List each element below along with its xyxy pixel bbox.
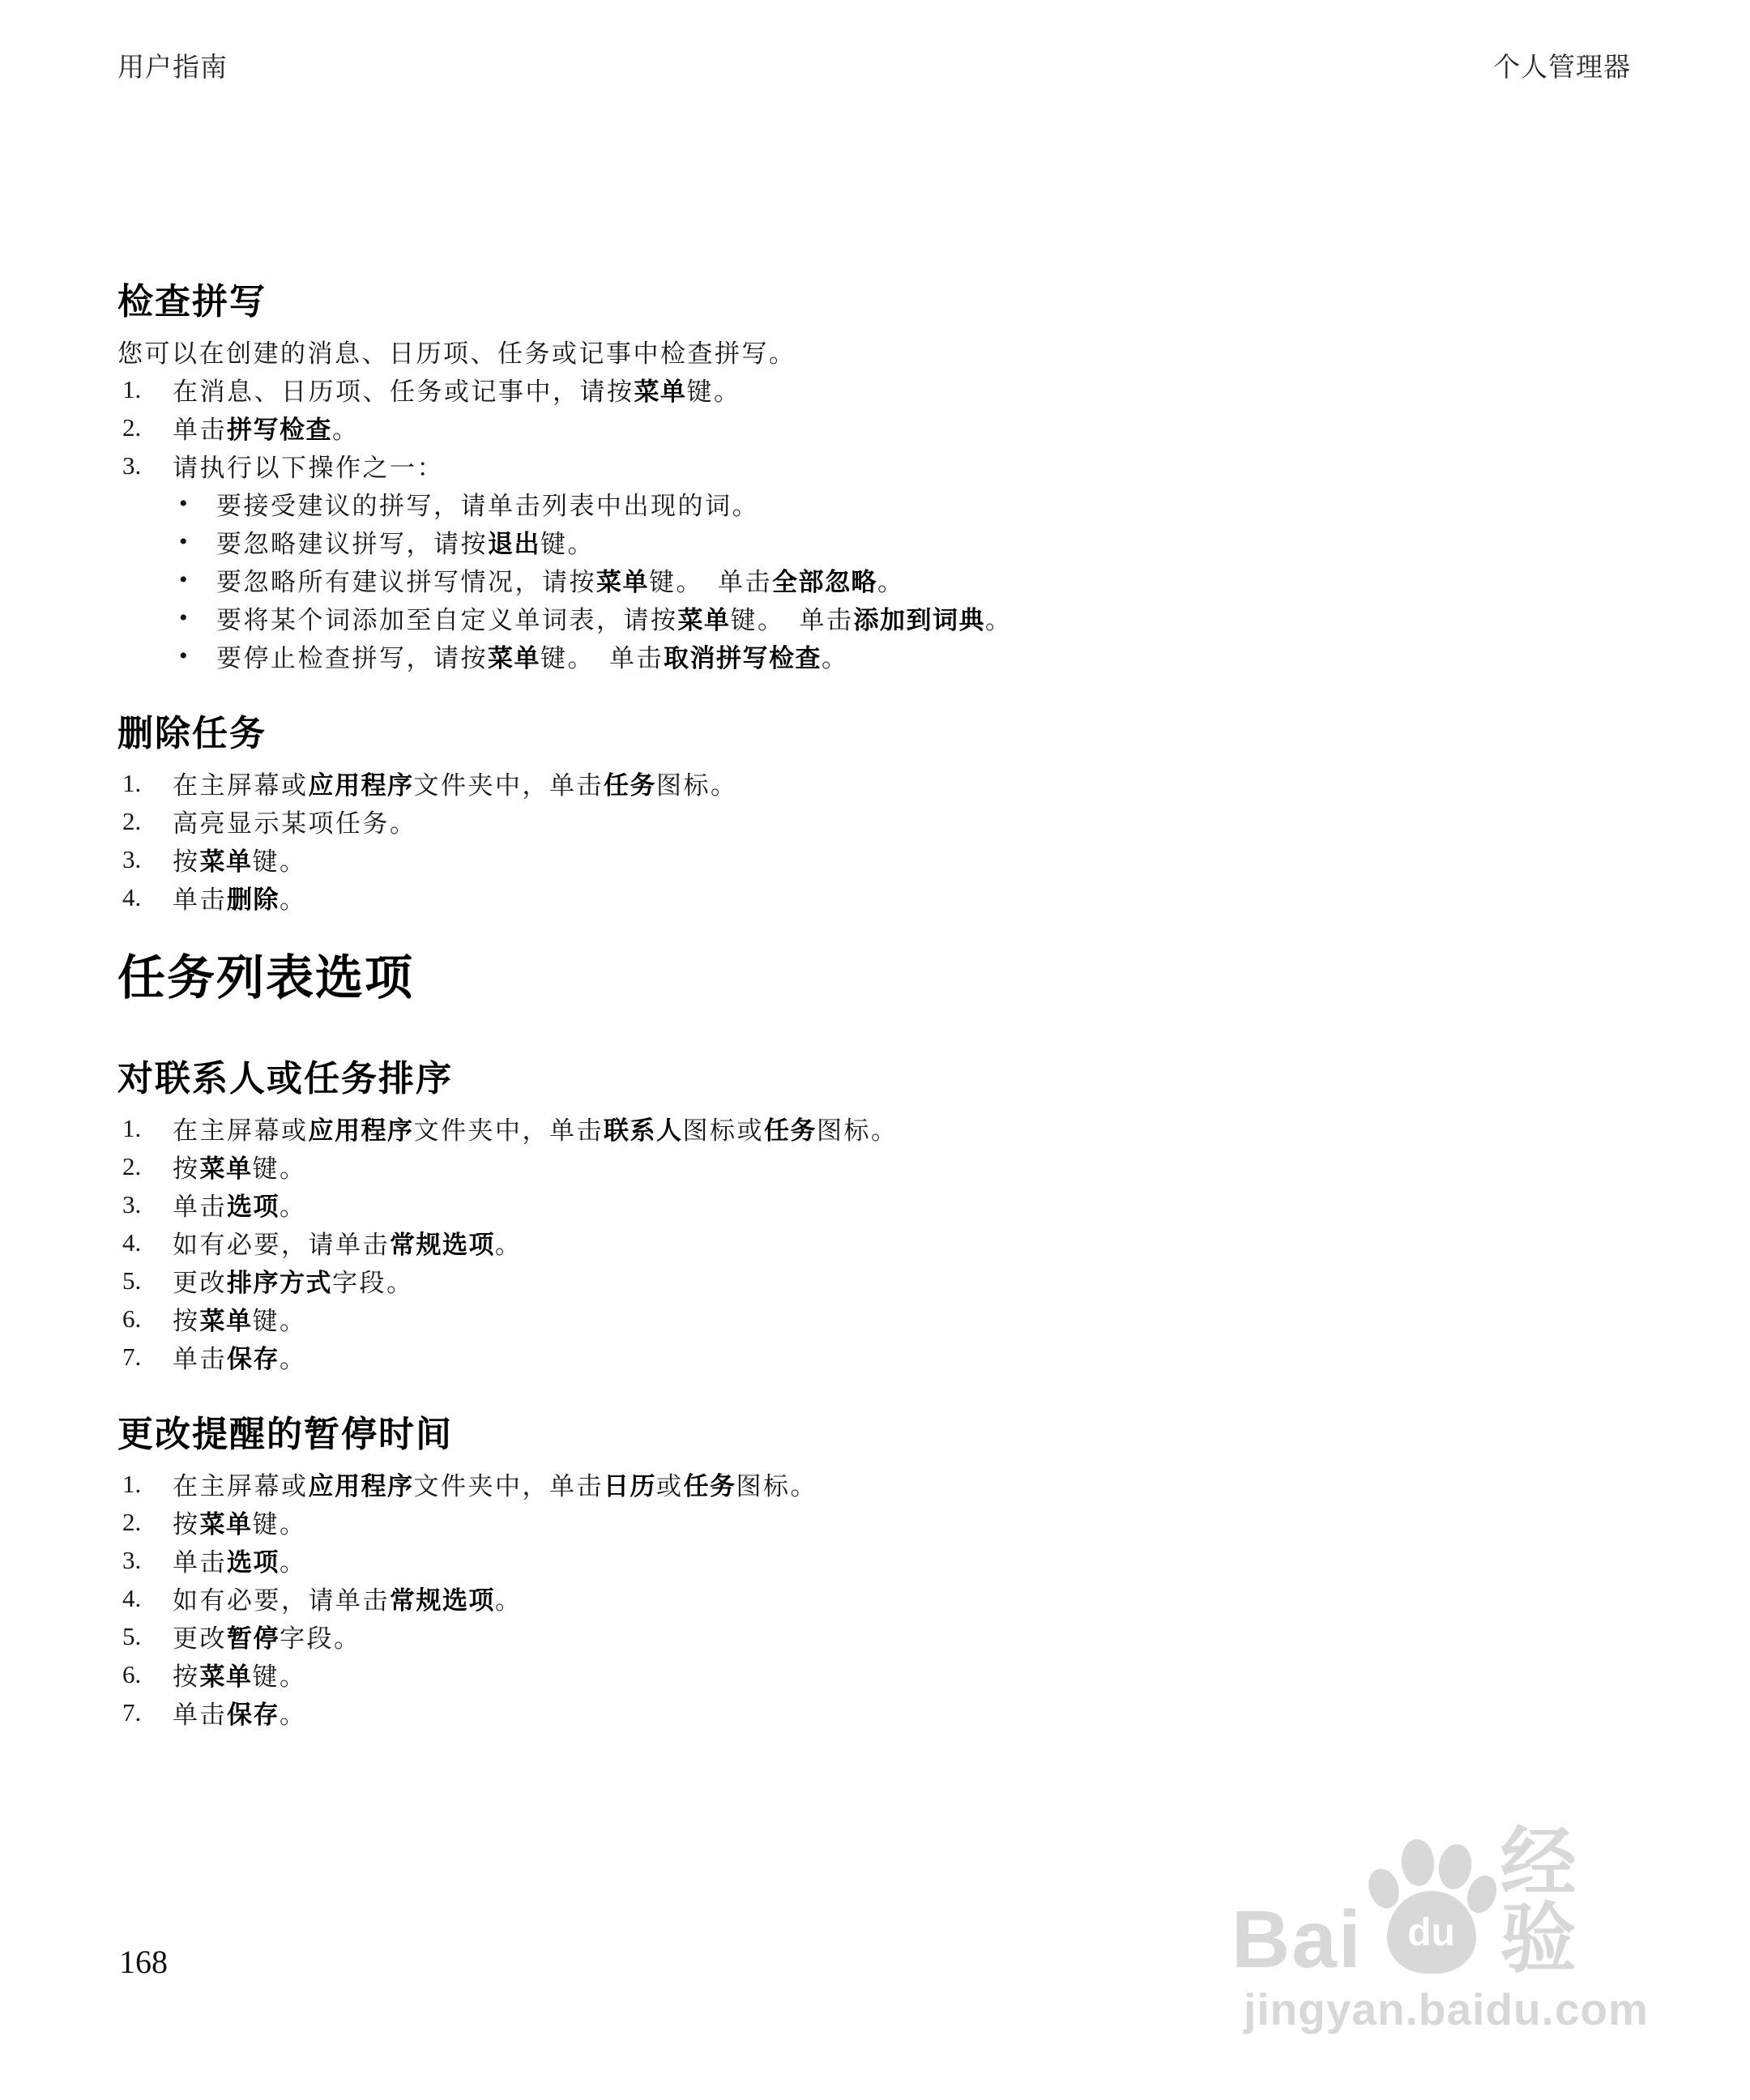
list-item-text: 高亮显示某项任务。: [173, 803, 417, 839]
bold-term: 联系人: [604, 1116, 683, 1145]
list-item-number: 2.: [117, 807, 173, 836]
text-run: 更改: [173, 1269, 227, 1297]
text-run: 键。: [253, 1307, 307, 1335]
list-item: 5.更改排序方式字段。: [117, 1261, 1653, 1300]
list-item: 1.在主屏幕或应用程序文件夹中，单击联系人图标或任务图标。: [117, 1109, 1653, 1147]
bold-term: 菜单: [488, 644, 540, 672]
bold-term: 退出: [488, 530, 540, 558]
bold-term: 常规选项: [390, 1231, 495, 1259]
paw-toe-icon: [1435, 1842, 1474, 1892]
bold-term: 应用程序: [309, 1472, 414, 1500]
list-item-text: 单击选项。: [173, 1186, 307, 1223]
list-item: 6.按菜单键。: [117, 1300, 1653, 1338]
text-run: 单击: [173, 1701, 227, 1729]
text-run: 。: [877, 568, 905, 596]
list-item-number: 5.: [117, 1622, 173, 1651]
text-run: 按: [173, 1307, 200, 1335]
heading-task-list-options: 任务列表选项: [117, 954, 1653, 1002]
bold-term: 菜单: [200, 1662, 253, 1691]
paragraph-text: 您可以在创建的消息、日历项、任务或记事中检查拼写。: [117, 333, 796, 369]
bullet-icon: •: [179, 528, 216, 556]
bullet-icon: •: [179, 566, 216, 594]
list-item-number: 7.: [117, 1342, 173, 1372]
bold-term: 任务: [604, 771, 656, 800]
list-item-text: 在主屏幕或应用程序文件夹中，单击联系人图标或任务图标。: [173, 1110, 898, 1146]
list-item: 1.在消息、日历项、任务或记事中，请按菜单键。: [117, 370, 1653, 408]
list-item-number: 1.: [117, 1470, 173, 1499]
list-item: 7.单击保存。: [117, 1338, 1653, 1376]
text-run: 或: [656, 1472, 684, 1500]
text-run: 文件夹中，单击: [414, 1116, 604, 1145]
bullet-item-text: 要停止检查拼写，请按菜单键。 单击取消拼写检查。: [216, 638, 849, 674]
heading-delete-task: 删除任务: [117, 715, 1653, 753]
bold-term: 菜单: [200, 847, 253, 876]
text-run: 键。 单击: [649, 568, 772, 596]
text-run: 。: [280, 1701, 307, 1729]
list-item: 2.按菜单键。: [117, 1503, 1653, 1541]
text-run: 在主屏幕或: [173, 1472, 309, 1500]
text-run: 单击: [173, 416, 227, 444]
text-run: 如有必要，请单击: [173, 1231, 390, 1259]
bold-term: 暂停: [227, 1624, 280, 1653]
list-item: 4.单击删除。: [117, 878, 1653, 916]
text-run: 字段。: [280, 1624, 361, 1653]
text-run: 。: [280, 1548, 307, 1577]
bullet-item-text: 要接受建议的拼写，请单击列表中出现的词。: [216, 485, 759, 522]
list-item: 1.在主屏幕或应用程序文件夹中，单击日历或任务图标。: [117, 1465, 1653, 1503]
list-item-number: 4.: [117, 883, 173, 912]
text-run: 键。: [253, 1155, 307, 1183]
paw-toe-icon: [1364, 1865, 1404, 1913]
list-item-text: 按菜单键。: [173, 1504, 307, 1540]
bold-term: 应用程序: [309, 1116, 414, 1145]
bold-term: 常规选项: [390, 1586, 495, 1615]
text-run: 按: [173, 1510, 200, 1539]
list-item-text: 单击拼写检查。: [173, 409, 360, 446]
bullet-item: •要将某个词添加至自定义单词表，请按菜单键。 单击添加到词典。: [117, 599, 1653, 637]
list-item-number: 3.: [117, 451, 173, 480]
list-item-number: 6.: [117, 1660, 173, 1689]
text-run: 图标。: [817, 1116, 898, 1145]
list-item-number: 3.: [117, 1546, 173, 1575]
list-item-text: 如有必要，请单击常规选项。: [173, 1580, 523, 1616]
list-item-text: 单击保存。: [173, 1338, 307, 1375]
bold-term: 选项: [227, 1548, 280, 1577]
list-item-text: 单击删除。: [173, 879, 307, 916]
text-run: 更改: [173, 1624, 227, 1653]
bold-term: 任务: [684, 1472, 736, 1500]
watermark-bai-text: Bai: [1231, 1902, 1363, 1977]
text-run: 键。: [687, 378, 741, 406]
list-item-number: 3.: [117, 1190, 173, 1219]
list-item: 3.单击选项。: [117, 1541, 1653, 1579]
list-item-text: 按菜单键。: [173, 1300, 307, 1337]
bullet-icon: •: [179, 490, 216, 518]
bullet-item: •要忽略所有建议拼写情况，请按菜单键。 单击全部忽略。: [117, 561, 1653, 599]
text-run: 。: [495, 1586, 523, 1615]
text-run: 键。: [253, 1510, 307, 1539]
document-page: 用户指南 个人管理器 检查拼写您可以在创建的消息、日历项、任务或记事中检查拼写。…: [0, 0, 1750, 2100]
watermark-logo-row: Bai du 经验: [1231, 1825, 1661, 1977]
text-run: 文件夹中，单击: [414, 771, 604, 800]
page-header: 用户指南 个人管理器: [117, 52, 1631, 84]
text-run: 。: [280, 1345, 307, 1373]
text-run: 键。: [253, 847, 307, 876]
text-run: 要停止检查拼写，请按: [216, 644, 488, 672]
bullet-item: •要停止检查拼写，请按菜单键。 单击取消拼写检查。: [117, 637, 1653, 675]
list-item-text: 请执行以下操作之一：: [173, 447, 444, 484]
bullet-icon: •: [179, 642, 216, 670]
text-run: 如有必要，请单击: [173, 1586, 390, 1615]
text-run: 键。 单击: [540, 644, 664, 672]
text-run: 高亮显示某项任务。: [173, 809, 417, 838]
bold-term: 取消拼写检查: [664, 644, 822, 672]
text-run: 。: [495, 1231, 523, 1259]
list-item: 7.单击保存。: [117, 1693, 1653, 1731]
text-run: 在主屏幕或: [173, 1116, 309, 1145]
header-right-title: 个人管理器: [1493, 52, 1631, 84]
list-item-text: 按菜单键。: [173, 1656, 307, 1692]
text-run: 按: [173, 1155, 200, 1183]
list-item-number: 7.: [117, 1698, 173, 1727]
paragraph: 您可以在创建的消息、日历项、任务或记事中检查拼写。: [117, 332, 1653, 370]
watermark-jingyan-text: 经验: [1500, 1825, 1661, 1977]
text-run: 。: [822, 644, 849, 672]
page-number: 168: [119, 1943, 168, 1981]
text-run: 键。: [253, 1662, 307, 1691]
bold-term: 日历: [604, 1472, 656, 1500]
baidu-jingyan-watermark: Bai du 经验 jingyan.baidu.com: [1231, 1825, 1661, 2035]
list-item-number: 4.: [117, 1584, 173, 1613]
baidu-paw-logo-icon: du: [1366, 1839, 1497, 1977]
bullet-icon: •: [179, 604, 216, 632]
text-run: 单击: [173, 1193, 227, 1221]
bold-term: 选项: [227, 1193, 280, 1221]
list-item-text: 单击保存。: [173, 1694, 307, 1731]
text-run: 单击: [173, 1548, 227, 1577]
text-run: 要将某个词添加至自定义单词表，请按: [216, 606, 678, 634]
document-content: 检查拼写您可以在创建的消息、日历项、任务或记事中检查拼写。1.在消息、日历项、任…: [117, 284, 1653, 1731]
list-item-text: 更改排序方式字段。: [173, 1262, 414, 1299]
heading-sort-contacts-or-tasks: 对联系人或任务排序: [117, 1061, 1653, 1098]
bold-term: 保存: [227, 1345, 280, 1373]
text-run: 键。: [540, 530, 595, 558]
bold-term: 菜单: [634, 378, 687, 406]
list-item-number: 1.: [117, 375, 173, 404]
bullet-item-text: 要忽略建议拼写，请按退出键。: [216, 523, 595, 560]
bold-term: 菜单: [200, 1307, 253, 1335]
bold-term: 菜单: [200, 1510, 253, 1539]
text-run: 在消息、日历项、任务或记事中，请按: [173, 378, 634, 406]
list-item-number: 2.: [117, 1152, 173, 1181]
bold-term: 菜单: [678, 606, 731, 634]
list-item-number: 6.: [117, 1304, 173, 1334]
text-run: 要忽略所有建议拼写情况，请按: [216, 568, 596, 596]
bold-term: 应用程序: [309, 771, 414, 800]
list-item: 2.按菜单键。: [117, 1147, 1653, 1185]
bold-term: 菜单: [200, 1155, 253, 1183]
header-left-title: 用户指南: [117, 52, 228, 84]
text-run: 按: [173, 1662, 200, 1691]
text-run: 。: [280, 1193, 307, 1221]
paw-palm-icon: du: [1387, 1891, 1476, 1974]
text-run: 请执行以下操作之一：: [173, 454, 444, 482]
watermark-url: jingyan.baidu.com: [1231, 1983, 1661, 2035]
list-item: 3.单击选项。: [117, 1185, 1653, 1223]
list-item-number: 3.: [117, 845, 173, 874]
list-item: 5.更改暂停字段。: [117, 1617, 1653, 1655]
bullet-item: •要接受建议的拼写，请单击列表中出现的词。: [117, 484, 1653, 523]
list-item-text: 更改暂停字段。: [173, 1618, 361, 1654]
list-item: 4.如有必要，请单击常规选项。: [117, 1579, 1653, 1617]
list-item: 3.请执行以下操作之一：: [117, 446, 1653, 484]
bold-term: 任务: [764, 1116, 817, 1145]
text-run: 图标。: [736, 1472, 818, 1500]
bold-term: 菜单: [596, 568, 649, 596]
text-run: 图标。: [656, 771, 738, 800]
text-run: 单击: [173, 886, 227, 914]
text-run: 键。 单击: [731, 606, 854, 634]
list-item: 3.按菜单键。: [117, 840, 1653, 878]
bullet-item-text: 要将某个词添加至自定义单词表，请按菜单键。 单击添加到词典。: [216, 600, 1013, 636]
text-run: 图标或: [683, 1116, 765, 1145]
list-item: 2.单击拼写检查。: [117, 408, 1653, 446]
list-item-text: 在主屏幕或应用程序文件夹中，单击日历或任务图标。: [173, 1466, 817, 1502]
list-item-text: 在消息、日历项、任务或记事中，请按菜单键。: [173, 371, 741, 408]
bold-term: 删除: [227, 886, 280, 914]
bold-term: 拼写检查: [227, 416, 332, 444]
paw-toe-icon: [1400, 1838, 1436, 1888]
list-item: 2.高亮显示某项任务。: [117, 802, 1653, 840]
text-run: 字段。: [332, 1269, 414, 1297]
heading-check-spelling: 检查拼写: [117, 284, 1653, 321]
bold-term: 保存: [227, 1701, 280, 1729]
text-run: 。: [985, 606, 1013, 634]
list-item-number: 1.: [117, 769, 173, 798]
list-item-text: 如有必要，请单击常规选项。: [173, 1224, 523, 1261]
bold-term: 添加到词典: [854, 606, 986, 634]
list-item: 1.在主屏幕或应用程序文件夹中，单击任务图标。: [117, 764, 1653, 802]
text-run: 。: [280, 886, 307, 914]
text-run: 您可以在创建的消息、日历项、任务或记事中检查拼写。: [117, 339, 796, 368]
text-run: 单击: [173, 1345, 227, 1373]
list-item-number: 5.: [117, 1266, 173, 1295]
list-item: 4.如有必要，请单击常规选项。: [117, 1223, 1653, 1261]
list-item: 6.按菜单键。: [117, 1655, 1653, 1693]
list-item-text: 按菜单键。: [173, 841, 307, 877]
list-item-text: 在主屏幕或应用程序文件夹中，单击任务图标。: [173, 765, 738, 801]
list-item-number: 4.: [117, 1228, 173, 1257]
text-run: 。: [332, 416, 360, 444]
bullet-item-text: 要忽略所有建议拼写情况，请按菜单键。 单击全部忽略。: [216, 561, 905, 598]
list-item-text: 按菜单键。: [173, 1148, 307, 1184]
watermark-du-text: du: [1407, 1910, 1455, 1955]
bullet-item: •要忽略建议拼写，请按退出键。: [117, 523, 1653, 561]
list-item-number: 2.: [117, 413, 173, 442]
text-run: 要接受建议的拼写，请单击列表中出现的词。: [216, 492, 759, 520]
bold-term: 排序方式: [227, 1269, 332, 1297]
bold-term: 全部忽略: [772, 568, 877, 596]
list-item-text: 单击选项。: [173, 1542, 307, 1578]
heading-change-reminder-snooze: 更改提醒的暂停时间: [117, 1416, 1653, 1453]
list-item-number: 1.: [117, 1114, 173, 1143]
text-run: 按: [173, 847, 200, 876]
text-run: 要忽略建议拼写，请按: [216, 530, 488, 558]
list-item-number: 2.: [117, 1508, 173, 1537]
text-run: 在主屏幕或: [173, 771, 309, 800]
text-run: 文件夹中，单击: [414, 1472, 604, 1500]
